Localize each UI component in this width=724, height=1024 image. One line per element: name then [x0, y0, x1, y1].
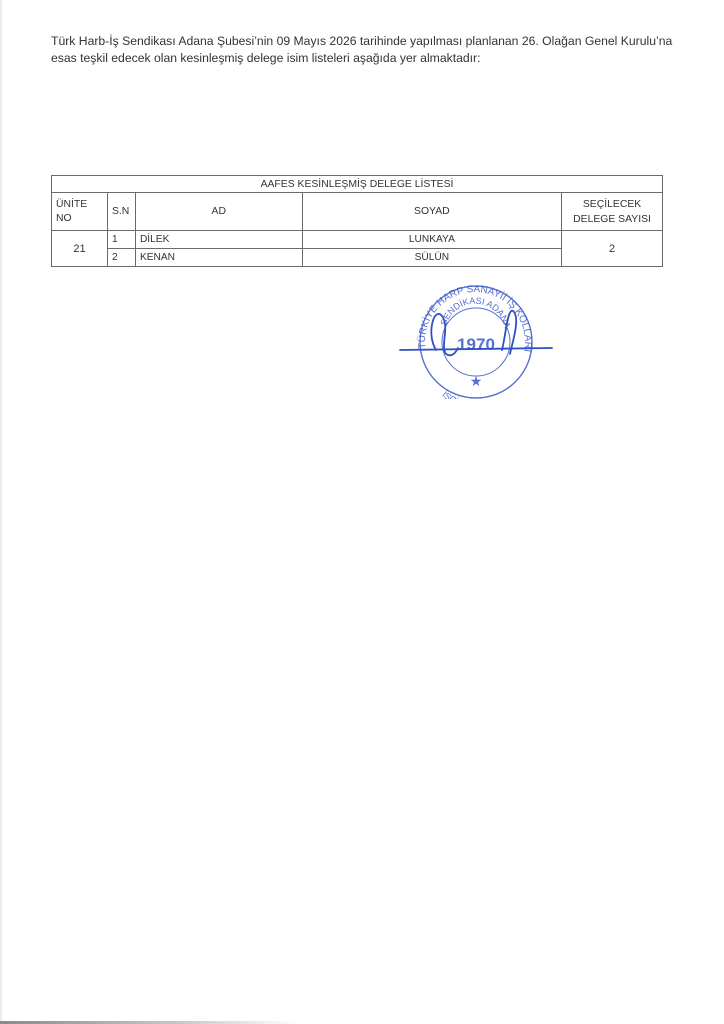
table-title: AAFES KESİNLEŞMİŞ DELEGE LİSTESİ	[52, 176, 663, 193]
ad-cell: KENAN	[135, 249, 302, 267]
header-ad: AD	[135, 193, 302, 231]
soyad-cell: SÜLÜN	[302, 249, 561, 267]
star-icon: ★	[470, 373, 483, 389]
selected-count-cell: 2	[562, 231, 663, 267]
intro-line-2: esas teşkil edecek olan kesinleşmiş dele…	[51, 50, 691, 67]
table-title-row: AAFES KESİNLEŞMİŞ DELEGE LİSTESİ	[52, 176, 663, 193]
sn-cell: 1	[107, 231, 135, 249]
header-unite-no: ÜNİTE NO	[52, 193, 108, 231]
sn-cell: 2	[107, 249, 135, 267]
header-selected-count: SEÇİLECEK DELEGE SAYISI	[562, 193, 663, 231]
header-unite-line1: ÜNİTE	[56, 198, 103, 212]
delegate-list-table: AAFES KESİNLEŞMİŞ DELEGE LİSTESİ ÜNİTE N…	[51, 175, 663, 267]
header-soyad: SOYAD	[302, 193, 561, 231]
table-header-row: ÜNİTE NO S.N AD SOYAD SEÇİLECEK DELEGE S…	[52, 193, 663, 231]
stamp-year: 1970	[457, 335, 495, 354]
scan-left-edge	[0, 0, 3, 1024]
intro-line-1: Türk Harb-İş Sendikası Adana Şubesi’nin …	[51, 33, 691, 50]
header-unite-line2: NO	[56, 212, 103, 226]
header-sn: S.N	[107, 193, 135, 231]
header-count-line1: SEÇİLECEK	[566, 197, 658, 212]
stamp-inner-text: SENDİKASI ADANA ŞUBESİ	[396, 274, 512, 329]
header-count-line2: DELEGE SAYISI	[566, 212, 658, 227]
unite-no-cell: 21	[52, 231, 108, 267]
ad-cell: DİLEK	[135, 231, 302, 249]
soyad-cell: LUNKAYA	[302, 231, 561, 249]
union-stamp-with-signature: TÜRKİYE HARP SANAYİİ İŞ KOLLARI SENDİKAS…	[396, 274, 556, 399]
intro-paragraph: Türk Harb-İş Sendikası Adana Şubesi’nin …	[51, 33, 691, 67]
table-row: 21 1 DİLEK LUNKAYA 2	[52, 231, 663, 249]
